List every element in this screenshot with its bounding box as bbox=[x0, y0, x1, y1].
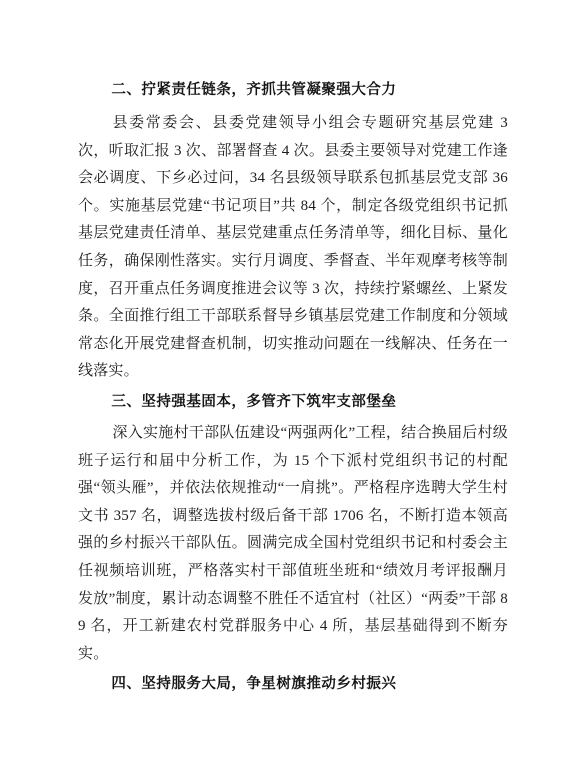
section-heading-4: 四、坚持服务大局，争星树旗推动乡村振兴 bbox=[78, 670, 508, 698]
section-heading-2: 二、拧紧责任链条，齐抓共管凝聚强大合力 bbox=[78, 76, 508, 104]
section-3-paragraph: 深入实施村干部队伍建设“两强两化”工程，结合换届后村级班子运行和届中分析工作，为… bbox=[78, 420, 508, 668]
section-heading-3: 三、坚持强基固本，多管齐下筑牢支部堡垒 bbox=[78, 388, 508, 416]
document-page: 二、拧紧责任链条，齐抓共管凝聚强大合力 县委常委会、县委党建领导小组会专题研究基… bbox=[0, 0, 586, 759]
section-2-paragraph: 县委常委会、县委党建领导小组会专题研究基层党建 3 次，听取汇报 3 次、部署督… bbox=[78, 110, 508, 386]
